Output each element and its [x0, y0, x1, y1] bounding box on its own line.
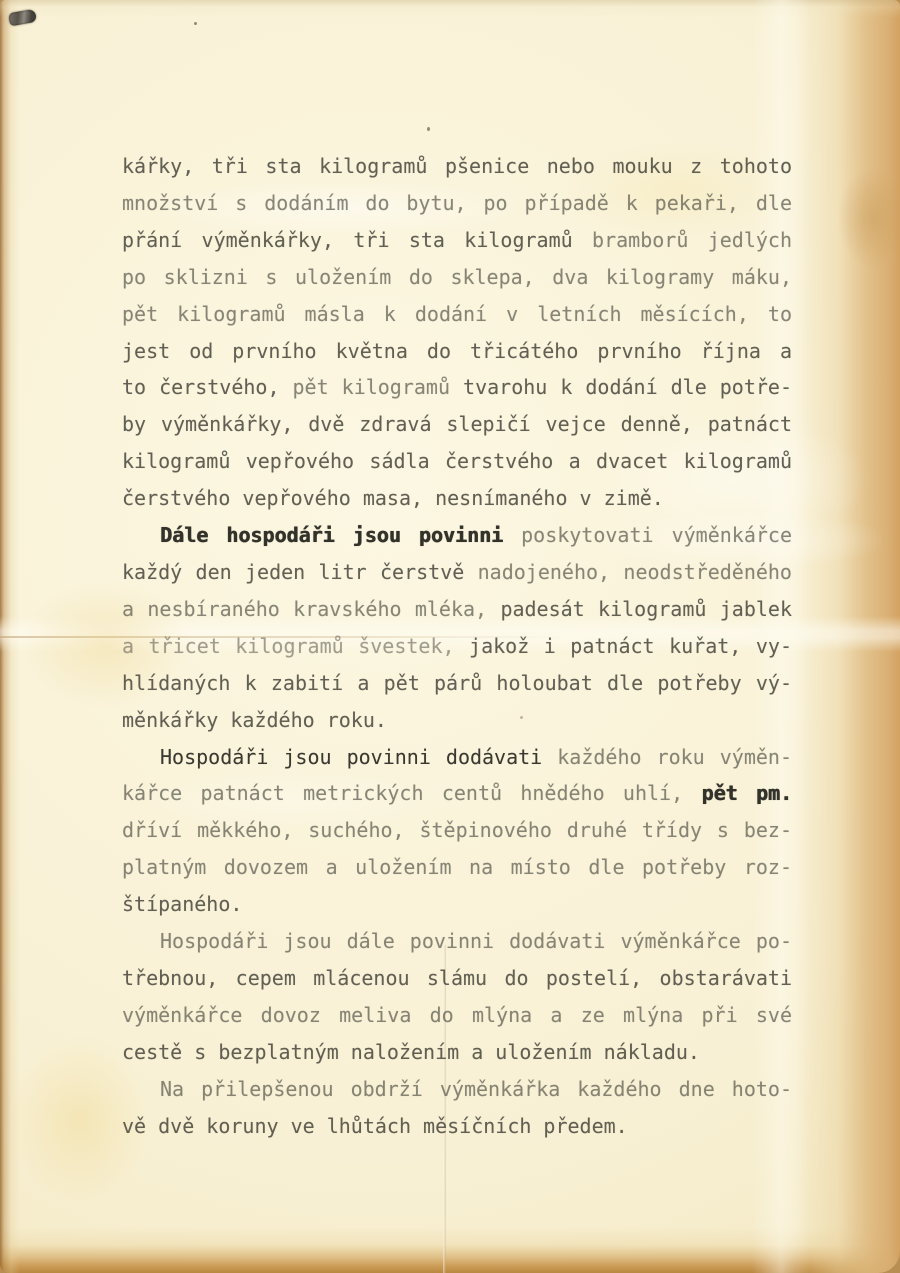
text-line: Hospodáři jsou dále povinni dodávati vým… [122, 923, 792, 960]
text-segment: a třicet kilogramů švestek, [122, 634, 469, 658]
text-line: a třicet kilogramů švestek, jakož i patn… [122, 628, 792, 665]
text-line: třebnou, cepem mlácenou slámu do postelí… [122, 960, 792, 997]
text-line: hlídaných k zabití a pět párů holoubat d… [122, 665, 792, 702]
text-segment: to čerstvého, [122, 375, 293, 399]
text-segment: a nesbíraného kravského mléka, [122, 597, 500, 621]
text-line: cestě s bezplatným naložením a uložením … [122, 1034, 792, 1071]
text-segment: přání výměnkářky, tři sta kilogramů [122, 228, 592, 252]
text-segment: výměnkářce dovoz meliva do mlýna a ze ml… [122, 1003, 792, 1027]
scanned-paper-sheet: kářky, tři sta kilogramů pšenice nebo mo… [0, 0, 900, 1273]
text-line: kilogramů vepřového sádla čerstvého a dv… [122, 443, 792, 480]
text-segment: čerstvého vepřového masa, nesnímaného v … [122, 486, 664, 510]
text-line: Hospodáři jsou povinni dodávati každého … [122, 739, 792, 776]
text-segment: kilogramů vepřového sádla čerstvého a dv… [122, 449, 792, 473]
text-segment: poskytovati výměnkářce [503, 523, 792, 547]
typed-text: kářky, tři sta kilogramů pšenice nebo mo… [122, 148, 792, 1144]
text-line: po sklizni s uložením do sklepa, dva kil… [122, 259, 792, 296]
text-segment: Hospodáři jsou povinni dodávati [160, 745, 557, 769]
text-segment: nadojeného, neodstředěného [478, 560, 792, 584]
text-segment: kářky, tři sta kilogramů pšenice nebo mo… [122, 154, 792, 178]
text-segment: padesát kilogramů jablek [500, 597, 792, 621]
text-segment: kářce patnáct metrických centů hnědého u… [122, 781, 701, 805]
text-segment: jakož i patnáct kuřat, vy- [469, 634, 792, 658]
text-segment: pět kilogramů másla k dodání v letních m… [122, 302, 792, 326]
text-segment: Dále hospodáři jsou povinni [160, 523, 503, 547]
edge-stain [838, 168, 900, 268]
text-segment: každého roku výměn- [557, 745, 792, 769]
text-segment: vě dvě koruny ve lhůtách měsíčních přede… [122, 1114, 628, 1138]
text-line: čerstvého vepřového masa, nesnímaného v … [122, 480, 792, 517]
text-segment: pět kilogramů [293, 375, 464, 399]
text-line: Dále hospodáři jsou povinni poskytovati … [122, 517, 792, 554]
text-line: pět kilogramů másla k dodání v letních m… [122, 296, 792, 333]
text-line: kářce patnáct metrických centů hnědého u… [122, 775, 792, 812]
text-line: množství s dodáním do bytu, po případě k… [122, 185, 792, 222]
text-line: a nesbíraného kravského mléka, padesát k… [122, 591, 792, 628]
text-line: každý den jeden litr čerstvě nadojeného,… [122, 554, 792, 591]
text-line: štípaného. [122, 886, 792, 923]
text-segment: bramborů jedlých [592, 228, 792, 252]
text-segment: hlídaných k zabití a pět párů holoubat d… [122, 671, 792, 695]
text-line: jest od prvního května do třicátého prvn… [122, 333, 792, 370]
text-line: platným dovozem a uložením na místo dle … [122, 849, 792, 886]
text-segment: pět pm. [701, 781, 792, 805]
paper-speck [194, 22, 197, 25]
text-segment: cestě s bezplatným naložením a uložením … [122, 1040, 700, 1064]
text-line: dříví měkkého, suchého, štěpinového druh… [122, 812, 792, 849]
text-segment: Na přilepšenou obdrží výměnkářka každého… [160, 1077, 792, 1101]
text-segment: každý den jeden litr čerstvě [122, 560, 478, 584]
text-line: měnkářky každého roku. [122, 702, 792, 739]
text-segment: štípaného. [122, 892, 242, 916]
text-line: výměnkářce dovoz meliva do mlýna a ze ml… [122, 997, 792, 1034]
text-segment: platným dovozem a uložením na místo dle … [122, 855, 792, 879]
text-line: kářky, tři sta kilogramů pšenice nebo mo… [122, 148, 792, 185]
text-segment: tvarohu k dodání dle potře- [463, 375, 792, 399]
text-segment: jest od prvního května do třicátého prvn… [122, 339, 792, 363]
text-line: Na přilepšenou obdrží výměnkářka každého… [122, 1071, 792, 1108]
text-segment: Hospodáři jsou dále povinni dodávati vým… [160, 929, 792, 953]
text-line: vě dvě koruny ve lhůtách měsíčních přede… [122, 1108, 792, 1145]
paper-speck [427, 127, 430, 131]
text-segment: množství s dodáním do bytu, po případě k… [122, 191, 792, 215]
text-line: by výměnkářky, dvě zdravá slepičí vejce … [122, 406, 792, 443]
text-line: přání výměnkářky, tři sta kilogramů bram… [122, 222, 792, 259]
text-segment: dříví měkkého, suchého, štěpinového druh… [122, 818, 792, 842]
staple-mark [8, 9, 37, 26]
text-segment: třebnou, cepem mlácenou slámu do postelí… [122, 966, 792, 990]
text-segment: by výměnkářky, dvě zdravá slepičí vejce … [122, 412, 792, 436]
text-line: to čerstvého, pět kilogramů tvarohu k do… [122, 369, 792, 406]
text-segment: po sklizni s uložením do sklepa, dva kil… [122, 265, 792, 289]
text-segment: měnkářky každého roku. [122, 708, 387, 732]
